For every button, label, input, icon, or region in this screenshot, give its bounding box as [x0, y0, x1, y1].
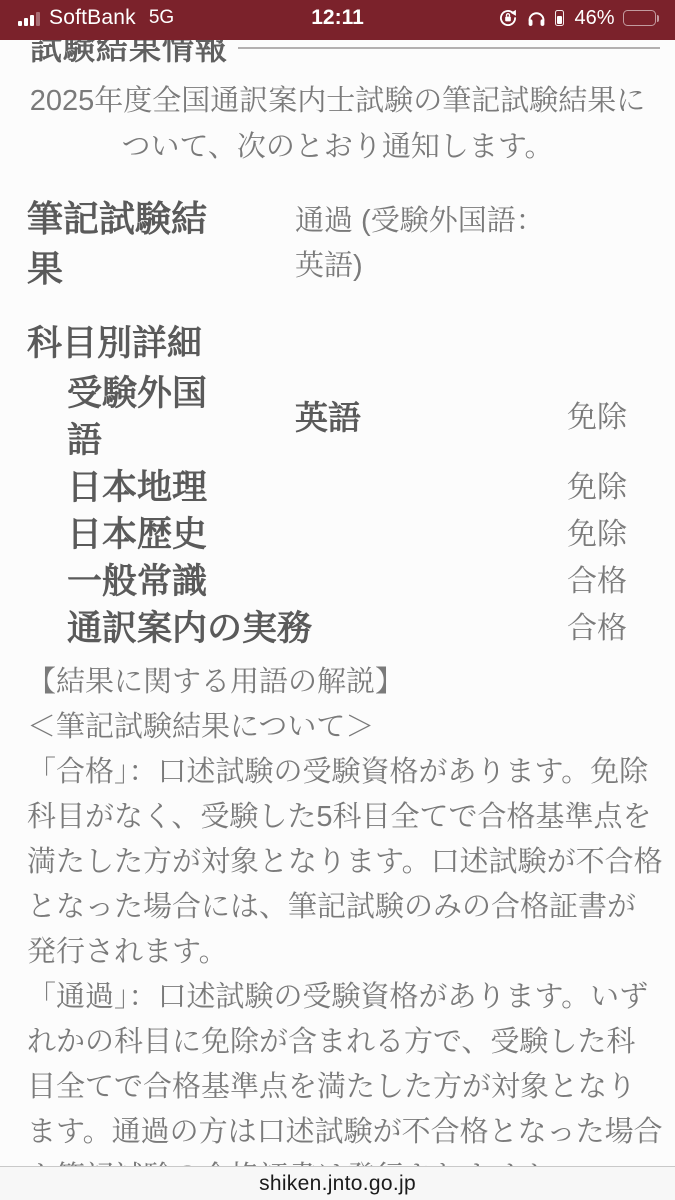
- subject-result: 免除: [563, 464, 675, 511]
- glossary-pass-line: 科目がなく、受験した5科目全てで合格基準点を: [27, 795, 675, 840]
- subject-label: 受験外国語: [27, 370, 295, 464]
- heading-divider: [238, 47, 660, 49]
- network-type-label: 5G: [149, 7, 174, 29]
- glossary-pass-line: 「合格」：口述試験の受験資格があります。免除: [27, 750, 675, 795]
- written-result-table: 筆記試験結果 通過 (受験外国語： 英語): [0, 194, 675, 294]
- subject-label: 通訳案内の実務: [27, 605, 295, 652]
- headphones-battery-icon: [555, 10, 564, 26]
- glossary-through-line: ます。通過の方は口述試験が不合格となった場合: [27, 1110, 675, 1155]
- status-bar-clock: 12:11: [311, 6, 364, 30]
- table-row: 通訳案内の実務 合格: [0, 605, 675, 652]
- cellular-signal-icon: [18, 11, 40, 26]
- subject-result: 合格: [563, 558, 675, 605]
- subject-label: 日本地理: [27, 464, 295, 511]
- subject-result: 免除: [563, 511, 675, 558]
- url-text[interactable]: shiken.jnto.go.jp: [259, 1172, 416, 1196]
- intro-line: 2025年度全国通訳案内士試験の筆記試験結果に: [0, 78, 675, 124]
- battery-percent-label: 46%: [574, 7, 614, 30]
- glossary-pass-line: 発行されます。: [27, 930, 675, 975]
- carrier-label: SoftBank: [49, 6, 136, 30]
- written-result-value-line: 通過 (受験外国語：: [295, 199, 675, 244]
- headphones-icon: [526, 8, 547, 29]
- intro-line: ついて、次のとおり通知します。: [0, 124, 675, 170]
- subject-result: 合格: [563, 605, 675, 652]
- web-page-content[interactable]: 試験結果情報 2025年度全国通訳案内士試験の筆記試験結果に ついて、次のとおり…: [0, 0, 675, 1200]
- written-result-label: 筆記試験結果: [27, 194, 295, 294]
- subject-result: 免除: [563, 394, 675, 441]
- subject-label: 一般常識: [27, 558, 295, 605]
- intro-paragraph: 2025年度全国通訳案内士試験の筆記試験結果に ついて、次のとおり通知します。: [0, 78, 675, 170]
- glossary-pass-line: 満たした方が対象となります。口述試験が不合格: [27, 840, 675, 885]
- orientation-lock-icon: [498, 8, 518, 28]
- glossary-title: 【結果に関する用語の解説】: [27, 660, 675, 705]
- glossary-subtitle: ＜筆記試験結果について＞: [27, 705, 675, 750]
- status-bar: SoftBank 5G 12:11 46%: [0, 0, 675, 40]
- subject-detail-heading: 科目別詳細: [0, 322, 675, 366]
- table-row: 一般常識 合格: [0, 558, 675, 605]
- glossary-through-line: 「通過」：口述試験の受験資格があります。いず: [27, 975, 675, 1020]
- table-row: 日本地理 免除: [0, 464, 675, 511]
- glossary-through-line: れかの科目に免除が含まれる方で、受験した科: [27, 1020, 675, 1065]
- glossary-through-line: 目全てで合格基準点を満たした方が対象となり: [27, 1065, 675, 1110]
- subject-label: 日本歴史: [27, 511, 295, 558]
- table-row: 受験外国語 英語 免除: [0, 370, 675, 464]
- table-row: 日本歴史 免除: [0, 511, 675, 558]
- written-result-value: 通過 (受験外国語： 英語): [295, 194, 675, 294]
- subject-detail-table: 受験外国語 英語 免除 日本地理 免除 日本歴史 免除 一般常識 合格 通訳案内…: [0, 370, 675, 652]
- safari-url-bar[interactable]: shiken.jnto.go.jp: [0, 1166, 675, 1200]
- battery-icon: [623, 10, 660, 26]
- status-bar-right: 46%: [498, 7, 659, 30]
- status-bar-left: SoftBank 5G: [18, 6, 174, 30]
- subject-detail-value: 英語: [295, 394, 563, 441]
- glossary-section: 【結果に関する用語の解説】 ＜筆記試験結果について＞ 「合格」：口述試験の受験資…: [0, 660, 675, 1200]
- written-result-value-line: 英語): [295, 244, 675, 289]
- glossary-pass-line: となった場合には、筆記試験のみの合格証書が: [27, 885, 675, 930]
